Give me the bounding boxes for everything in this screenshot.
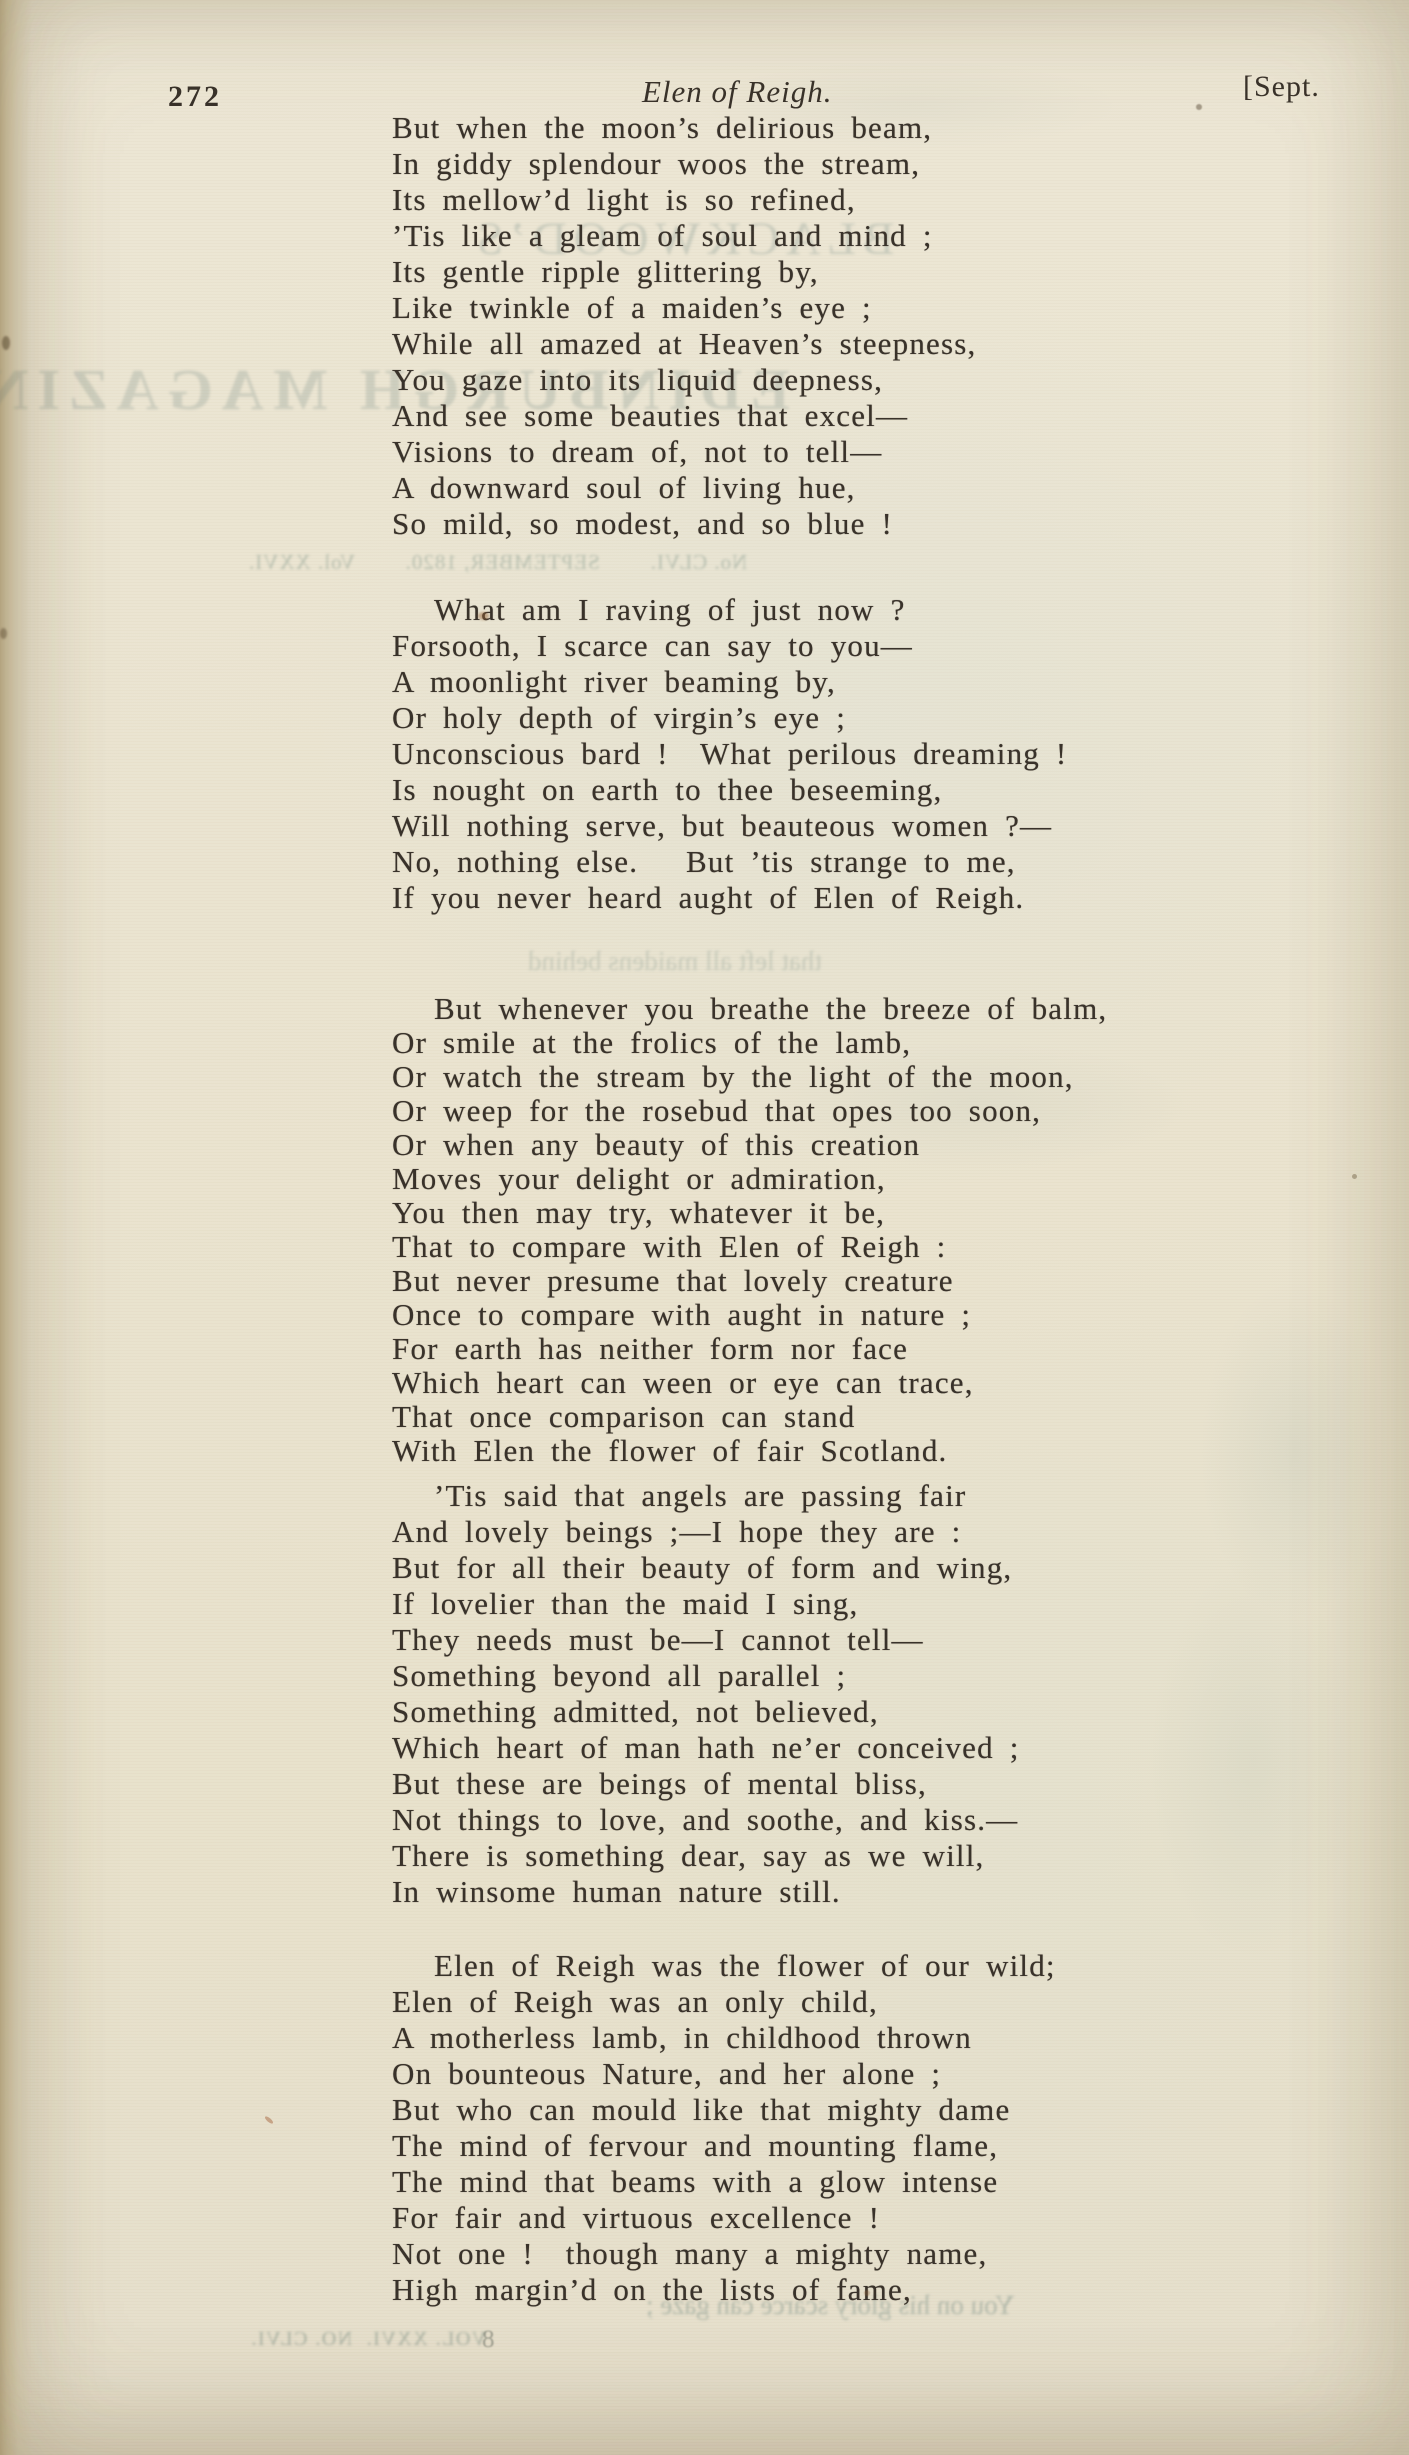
poem-line: You gaze into its liquid deepness, [392, 362, 976, 398]
stanza: What am I raving of just now ?Forsooth, … [392, 592, 1067, 916]
poem-line: Is nought on earth to thee beseeming, [392, 772, 1067, 808]
poem-line: Which heart can ween or eye can trace, [392, 1366, 1107, 1400]
poem-line: For earth has neither form nor face [392, 1332, 1107, 1366]
poem-line: With Elen the flower of fair Scotland. [392, 1434, 1107, 1468]
poem-line: And see some beauties that excel— [392, 398, 976, 434]
poem-line: No, nothing else. But ’tis strange to me… [392, 844, 1067, 880]
poem-line: But for all their beauty of form and win… [392, 1550, 1020, 1586]
poem-line: Something admitted, not believed, [392, 1694, 1020, 1730]
poem-line: Or weep for the rosebud that opes too so… [392, 1094, 1107, 1128]
poem-line: High margin’d on the lists of fame, [392, 2272, 1056, 2308]
stanza: But when the moon’s delirious beam,In gi… [392, 110, 976, 542]
poem-line: So mild, so modest, and so blue ! [392, 506, 976, 542]
poem-line: Not one ! though many a mighty name, [392, 2236, 1056, 2272]
poem-line: Visions to dream of, not to tell— [392, 434, 976, 470]
poem-line: Or holy depth of virgin’s eye ; [392, 700, 1067, 736]
poem-line: A motherless lamb, in childhood thrown [392, 2020, 1056, 2056]
poem-line: That once comparison can stand [392, 1400, 1107, 1434]
signature-mark: 8 [482, 2326, 495, 2354]
stanza: ’Tis said that angels are passing fairAn… [392, 1478, 1020, 1910]
poem-line: But when the moon’s delirious beam, [392, 110, 976, 146]
poem-line: Or when any beauty of this creation [392, 1128, 1107, 1162]
poem-line: The mind that beams with a glow intense [392, 2164, 1056, 2200]
poem-line: The mind of fervour and mounting flame, [392, 2128, 1056, 2164]
poem-line: But who can mould like that mighty dame [392, 2092, 1056, 2128]
poem-line: A downward soul of living hue, [392, 470, 976, 506]
poem-line: ’Tis like a gleam of soul and mind ; [392, 218, 976, 254]
poem-line: What am I raving of just now ? [392, 592, 1067, 628]
stanza: Elen of Reigh was the flower of our wild… [392, 1948, 1056, 2308]
poem-line: They needs must be—I cannot tell— [392, 1622, 1020, 1658]
poem-line: But whenever you breathe the breeze of b… [392, 992, 1107, 1026]
poem-line: Or smile at the frolics of the lamb, [392, 1026, 1107, 1060]
poem-line: There is something dear, say as we will, [392, 1838, 1020, 1874]
poem-line: In giddy splendour woos the stream, [392, 146, 976, 182]
poem-line: Not things to love, and soothe, and kiss… [392, 1802, 1020, 1838]
poem-line: Once to compare with aught in nature ; [392, 1298, 1107, 1332]
poem-line: That to compare with Elen of Reigh : [392, 1230, 1107, 1264]
poem-line: Will nothing serve, but beauteous women … [392, 808, 1067, 844]
poem-line: For fair and virtuous excellence ! [392, 2200, 1056, 2236]
poem-line: Like twinkle of a maiden’s eye ; [392, 290, 976, 326]
poem: But when the moon’s delirious beam,In gi… [0, 0, 1409, 2455]
poem-line: Its mellow’d light is so refined, [392, 182, 976, 218]
poem-line: Unconscious bard ! What perilous dreamin… [392, 736, 1067, 772]
poem-line: Forsooth, I scarce can say to you— [392, 628, 1067, 664]
poem-line: But these are beings of mental bliss, [392, 1766, 1020, 1802]
poem-line: But never presume that lovely creature [392, 1264, 1107, 1298]
book-page: BLACKWOOD’S EDINBURGH MAGAZINE No. CLVI.… [0, 0, 1409, 2455]
poem-line: Elen of Reigh was an only child, [392, 1984, 1056, 2020]
poem-line: Or watch the stream by the light of the … [392, 1060, 1107, 1094]
poem-line: If you never heard aught of Elen of Reig… [392, 880, 1067, 916]
poem-line: Its gentle ripple glittering by, [392, 254, 976, 290]
poem-line: While all amazed at Heaven’s steepness, [392, 326, 976, 362]
poem-line: If lovelier than the maid I sing, [392, 1586, 1020, 1622]
poem-line: ’Tis said that angels are passing fair [392, 1478, 1020, 1514]
poem-line: Which heart of man hath ne’er conceived … [392, 1730, 1020, 1766]
stanza: But whenever you breathe the breeze of b… [392, 992, 1107, 1468]
poem-line: And lovely beings ;—I hope they are : [392, 1514, 1020, 1550]
poem-line: Elen of Reigh was the flower of our wild… [392, 1948, 1056, 1984]
poem-line: A moonlight river beaming by, [392, 664, 1067, 700]
poem-line: Moves your delight or admiration, [392, 1162, 1107, 1196]
poem-line: Something beyond all parallel ; [392, 1658, 1020, 1694]
poem-line: On bounteous Nature, and her alone ; [392, 2056, 1056, 2092]
poem-line: You then may try, whatever it be, [392, 1196, 1107, 1230]
poem-line: In winsome human nature still. [392, 1874, 1020, 1910]
